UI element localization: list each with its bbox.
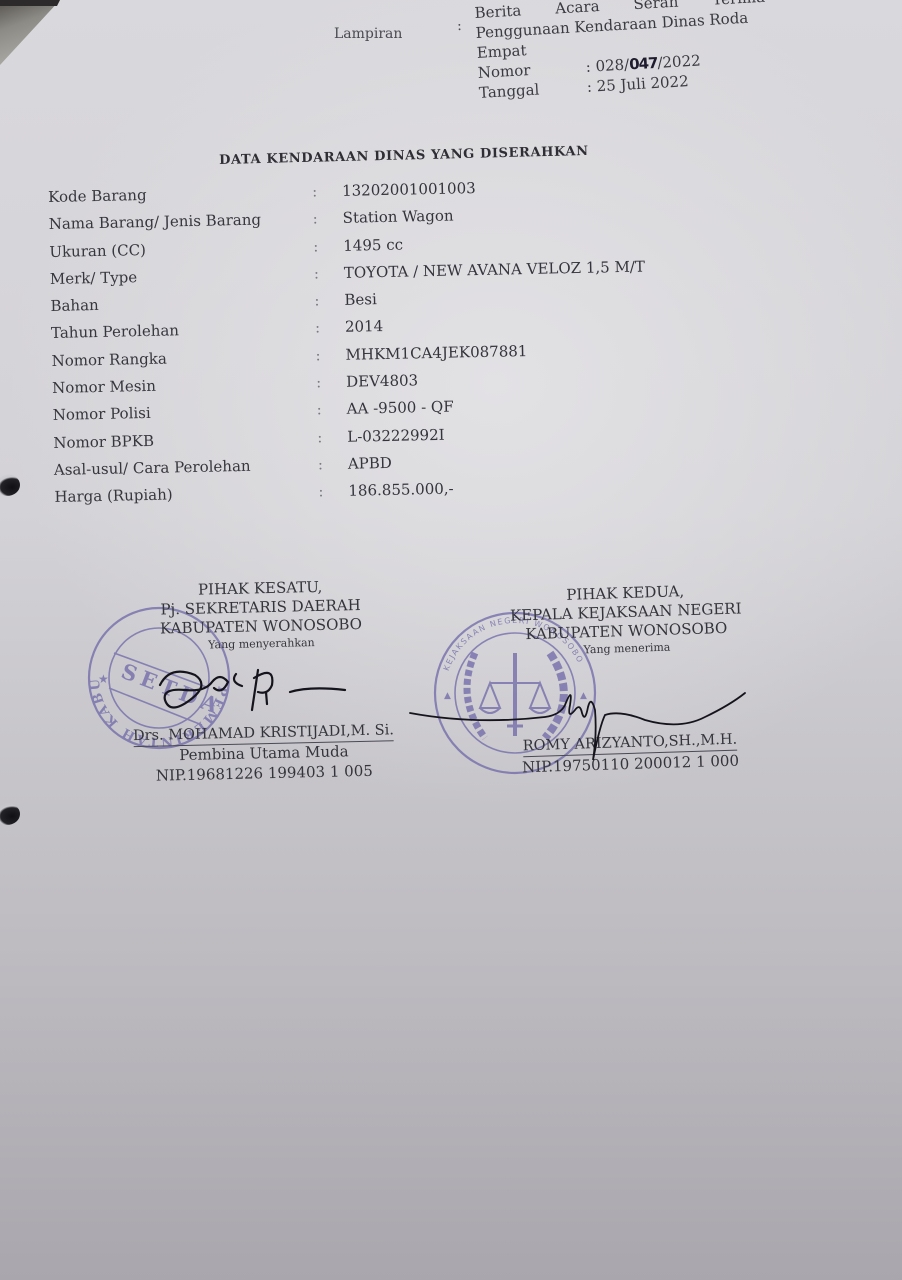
lampiran-label: Lampiran xyxy=(334,26,402,42)
field-value: 13202001001003 xyxy=(342,179,476,200)
field-value: Besi xyxy=(344,290,377,309)
signature-block-left: PIHAK KESATU, Pj. SEKRETARIS DAERAH KABU… xyxy=(95,576,430,787)
tanggal-value: : 25 Juli 2022 xyxy=(586,71,689,97)
signature-block-right: PIHAK KEDUA, KEPALA KEJAKSAAN NEGERI KAB… xyxy=(435,578,821,780)
field-colon: : xyxy=(312,182,342,201)
field-value: Station Wagon xyxy=(343,207,454,227)
lampiran-colon: : xyxy=(457,18,463,34)
nomor-prefix: : 028/ xyxy=(585,55,629,75)
field-value: APBD xyxy=(348,454,392,473)
document-page: Lampiran : BeritaAcaraSerahTerima Penggu… xyxy=(0,0,902,1280)
field-colon: : xyxy=(315,318,345,337)
field-colon: : xyxy=(318,482,348,501)
field-colon: : xyxy=(314,264,344,283)
document-title: DATA KENDARAAN DINAS YANG DISERAHKAN xyxy=(219,144,589,168)
field-colon: : xyxy=(314,291,344,310)
vehicle-data-table: Kode Barang:13202001001003Nama Barang/ J… xyxy=(48,176,650,516)
field-value: DEV4803 xyxy=(346,371,418,391)
field-colon: : xyxy=(318,455,348,474)
field-colon: : xyxy=(313,209,343,228)
nomor-suffix: /2022 xyxy=(657,51,701,71)
field-colon: : xyxy=(317,427,347,446)
punch-hole-icon xyxy=(0,474,20,496)
word: Acara xyxy=(555,0,600,17)
nomor-handwritten: 047 xyxy=(629,54,658,74)
field-colon: : xyxy=(317,400,347,419)
field-colon: : xyxy=(315,346,345,365)
field-value: 186.855.000,- xyxy=(348,480,454,500)
field-value: MHKM1CA4JEK087881 xyxy=(345,342,527,364)
lampiran-block: BeritaAcaraSerahTerima Penggunaan Kendar… xyxy=(474,0,804,103)
field-colon: : xyxy=(316,373,346,392)
field-value: L-03222992I xyxy=(347,425,445,445)
field-colon: : xyxy=(313,236,343,255)
field-value: AA -9500 - QF xyxy=(347,398,454,418)
field-label: Kode Barang xyxy=(48,182,312,206)
field-value: 2014 xyxy=(345,317,384,336)
punch-hole-icon xyxy=(0,803,20,825)
field-value: 1495 cc xyxy=(343,235,403,254)
word: Berita xyxy=(474,1,522,22)
